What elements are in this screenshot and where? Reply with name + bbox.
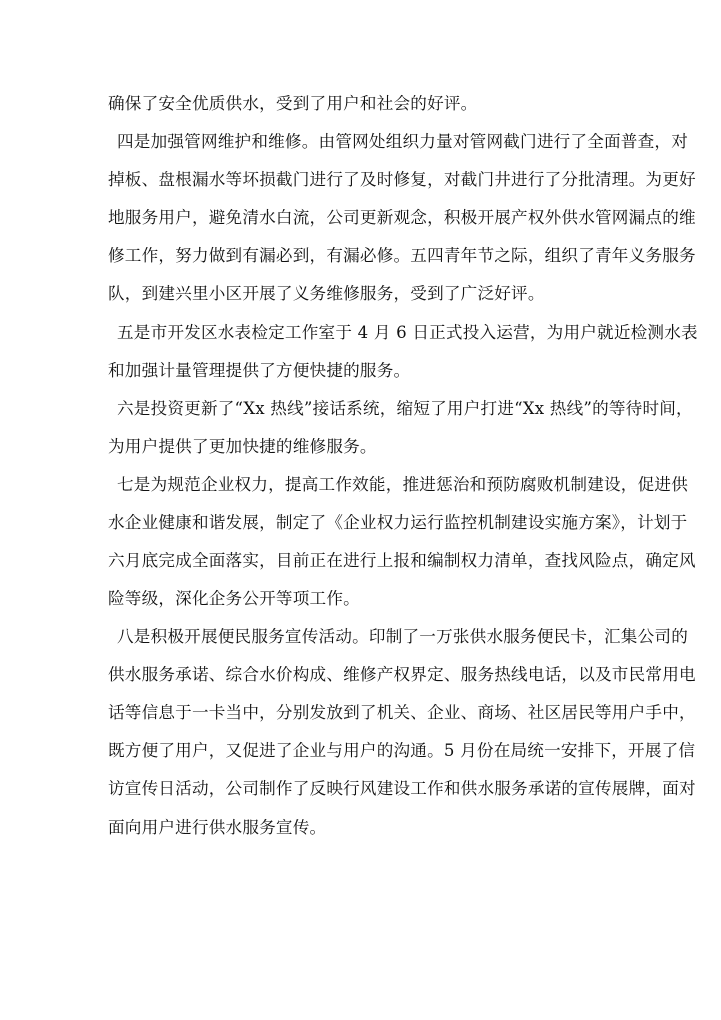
text-line: 四是加强管网维护和维修。由管网处组织力量对管网截门进行了全面普查，对: [117, 132, 688, 152]
text-line: 队，到建兴里小区开展了义务维修服务，受到了广泛好评。: [108, 284, 545, 304]
text-line: 水企业健康和谐发展，制定了《企业权力运行监控机制建设实施方案》，计划于: [108, 513, 687, 533]
text-line: 既方便了用户，又促进了企业与用户的沟通。5 月份在局统一安排下，开展了信: [108, 741, 695, 761]
text-line: 话等信息于一卡当中，分别发放到了机关、企业、商场、社区居民等用户手中，: [108, 703, 696, 723]
text-line: 六月底完成全面落实，目前正在进行上报和编制权力清单，查找风险点，确定风: [108, 551, 696, 571]
text-line: 和加强计量管理提供了方便快捷的服务。: [108, 361, 410, 381]
text-line: 面向用户进行供水服务宣传。: [108, 818, 326, 838]
text-line: 掉板、盘根漏水等坏损截门进行了及时修复，对截门井进行了分批清理。为更好: [108, 170, 696, 190]
text-line: 险等级，深化企务公开等项工作。: [108, 589, 360, 609]
document-page: 确保了安全优质供水，受到了用户和社会的好评。 四是加强管网维护和维修。由管网处组…: [0, 0, 721, 1020]
text-line: 为用户提供了更加快捷的维修服务。: [108, 437, 377, 457]
text-line: 访宣传日活动，公司制作了反映行风建设工作和供水服务承诺的宣传展牌，面对: [108, 779, 696, 799]
text-line: 五是市开发区水表检定工作室于 4 月 6 日正式投入运营，为用户就近检测水表: [117, 323, 698, 343]
text-line: 修工作，努力做到有漏必到，有漏必修。五四青年节之际，组织了青年义务服务: [108, 246, 696, 266]
text-line: 确保了安全优质供水，受到了用户和社会的好评。: [108, 94, 477, 114]
text-line: 供水服务承诺、综合水价构成、维修产权界定、服务热线电话，以及市民常用电: [108, 665, 696, 685]
text-line: 地服务用户，避免清水白流，公司更新观念，积极开展产权外供水管网漏点的维: [108, 208, 696, 228]
text-line: 七是为规范企业权力，提高工作效能，推进惩治和预防腐败机制建设，促进供: [117, 475, 688, 495]
text-line: 六是投资更新了“Xx 热线”接话系统，缩短了用户打进“Xx 热线”的等待时间，: [117, 399, 693, 419]
text-line: 八是积极开展便民服务宣传活动。印制了一万张供水服务便民卡，汇集公司的: [117, 627, 688, 647]
